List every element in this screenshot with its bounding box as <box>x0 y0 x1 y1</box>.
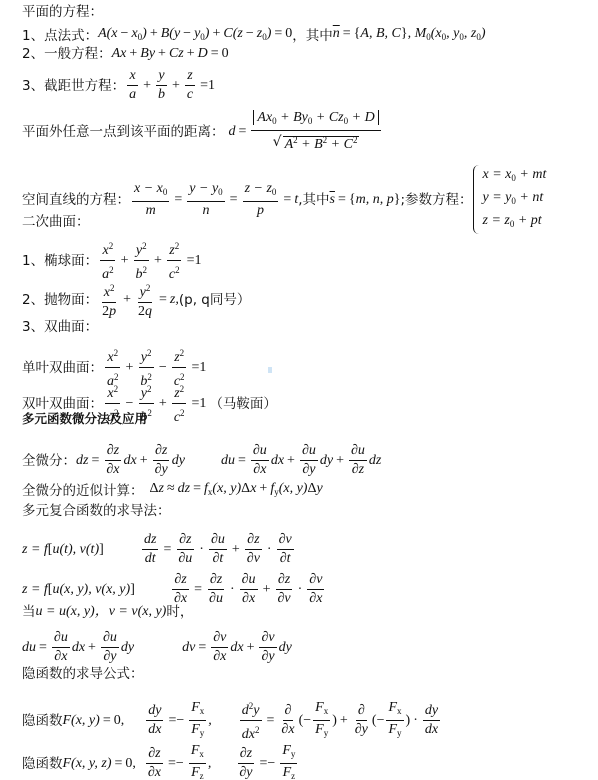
plane-section-title: 平面的方程： <box>22 3 103 21</box>
point-normal-form: 1、点法式： A(x−x0)+B(y−y0)+C(z−z0)=0 ，其中 n={… <box>22 25 486 46</box>
space-line-equation: 空间直线的方程： x − x0m= y − y0n= z − z0p=t ,其中… <box>22 165 546 234</box>
normal-vector: n={A, B, C}, M0(x0, y0, z0) <box>333 25 486 46</box>
point-normal-formula: A(x−x0)+B(y−y0)+C(z−z0)=0 <box>98 25 292 46</box>
intercept-form: 3、截距世方程： xa+ yb+ zc=1 <box>22 68 218 103</box>
du-dv-formulas: du= ∂u∂xdx+ ∂u∂ydy dv= ∂v∂xdx+ ∂v∂ydy <box>22 630 292 665</box>
implicit-title: 隐函数的求导公式： <box>22 665 144 683</box>
implicit-two-var: 隐函数 F(x, y)=0, dydx=− FxFy, d2ydx2= ∂∂x(… <box>22 698 442 743</box>
multivariable-section-title: 多元函数微分法及应用 <box>22 410 147 428</box>
text-cursor-mark <box>268 367 272 373</box>
implicit-three-var: 隐函数 F(x, y, z)=0, ∂z∂x=− FxFz, ∂z∂y=− Fy… <box>22 743 299 780</box>
parametric-equations: x = x0 + mt y = y0 + nt z = z0 + pt <box>473 165 547 234</box>
quadric-section-title: 二次曲面： <box>22 213 90 231</box>
approximate-calculation: 全微分的近似计算： Δz≈dz=fx(x, y)Δx+fy(x, y)Δy <box>22 480 323 501</box>
ellipsoid: 1、椭球面： x2a2+ y2b2+ z2c2=1 <box>22 238 205 283</box>
general-formula: Ax+By+Cz+D=0 <box>112 45 229 63</box>
hyperboloid-title: 3、双曲面： <box>22 318 98 336</box>
when-condition: 当 u = u(x, y)，v = v(x, y) 时， <box>22 603 193 621</box>
chain-rule-2: z = f[u(x, y), v(x, y)] ∂z∂x= ∂z∂u· ∂u∂x… <box>22 572 326 607</box>
chain-rule-title: 多元复合函数的求导法： <box>22 502 171 520</box>
chain-rule-1: z = f[u(t), v(t)] dzdt= ∂z∂u· ∂u∂t+ ∂z∂v… <box>22 532 296 567</box>
paraboloid: 2、抛物面： x22p+ y22q=z, (p, q同号） <box>22 280 250 320</box>
point-plane-distance: 平面外任意一点到该平面的距离： d= Ax0 + By0 + Cz0 + DA2… <box>22 110 383 153</box>
general-form: 2、一般方程： Ax+By+Cz+D=0 <box>22 45 229 63</box>
total-differential: 全微分： dz= ∂z∂xdx+ ∂z∂ydy du= ∂u∂xdx+ ∂u∂y… <box>22 443 381 478</box>
